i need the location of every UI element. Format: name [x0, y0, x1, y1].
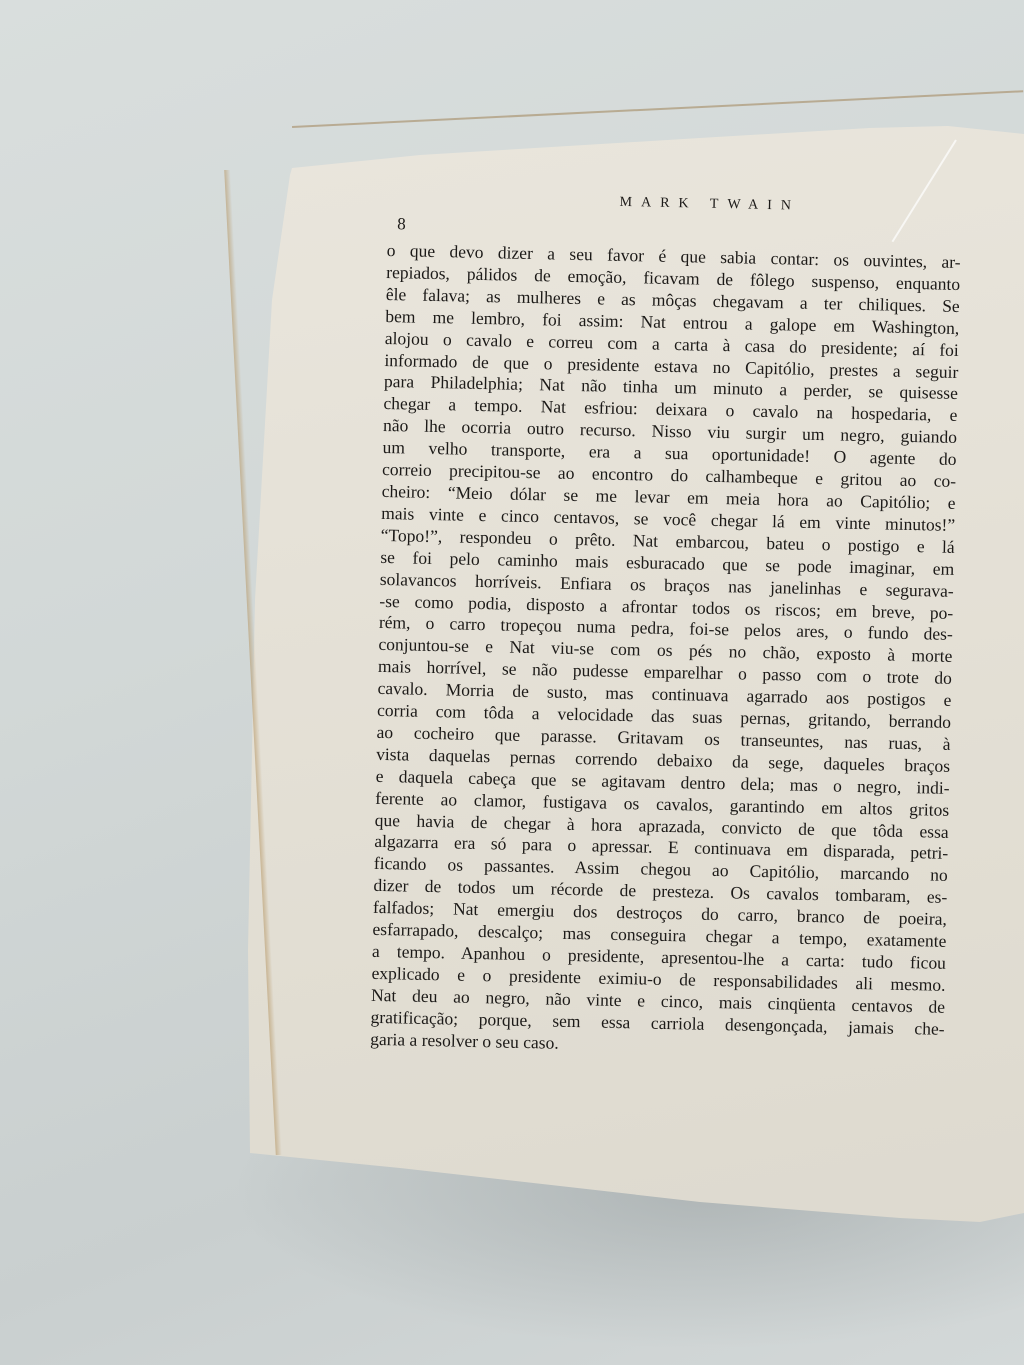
- body-paragraph: o que devo dizer a seu favor é que sabia…: [370, 240, 961, 1062]
- page-text-block: MARK TWAIN 8 o que devo dizer a seu favo…: [370, 190, 962, 1062]
